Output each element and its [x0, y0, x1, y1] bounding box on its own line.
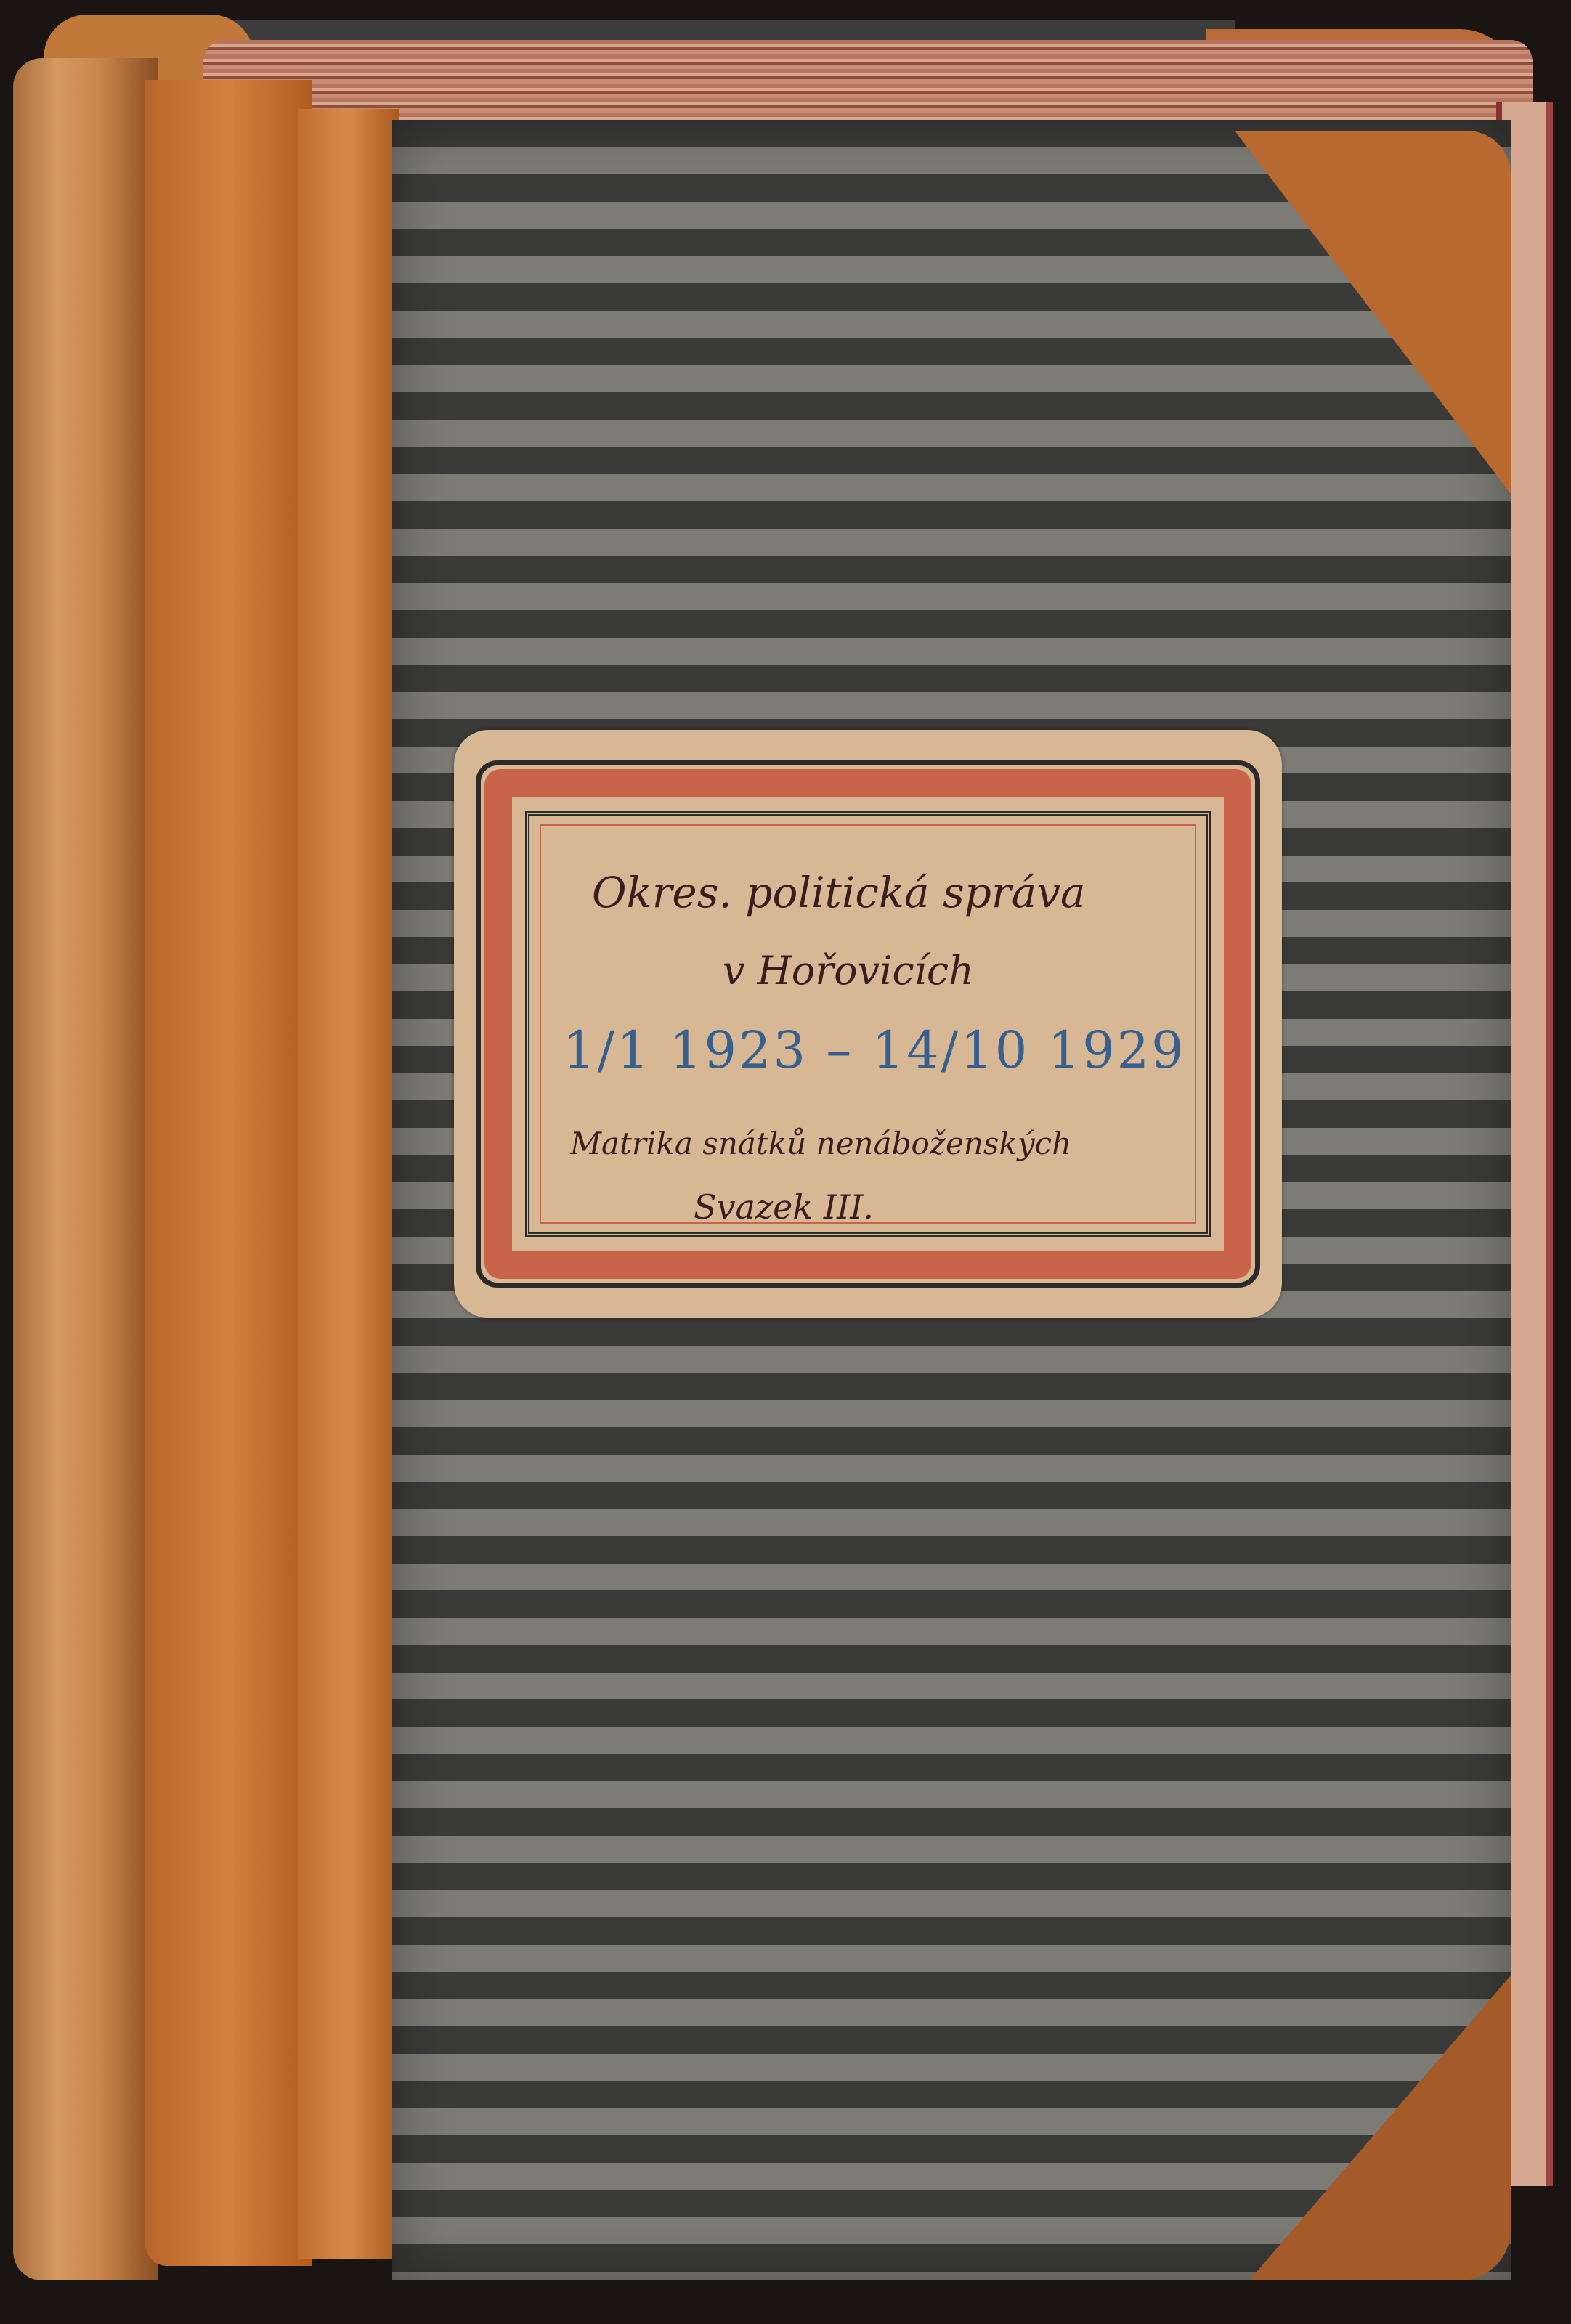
leather-hinge: [145, 80, 312, 2266]
label-date-range: 1/1 1923 – 14/10 1929: [563, 1020, 1186, 1080]
label-register-type: Matrika snátků nenáboženských: [570, 1126, 1071, 1161]
leather-spine: [13, 58, 158, 2280]
register-book: Okres. politická správa v Hořovicích 1/1…: [0, 0, 1571, 2324]
leather-hinge-inner: [298, 109, 399, 2259]
label-volume: Svazek III.: [694, 1187, 874, 1227]
label-office: Okres. politická správa: [592, 868, 1086, 917]
label-town: v Hořovicích: [723, 948, 974, 994]
title-label: Okres. politická správa v Hořovicích 1/1…: [454, 730, 1282, 1318]
